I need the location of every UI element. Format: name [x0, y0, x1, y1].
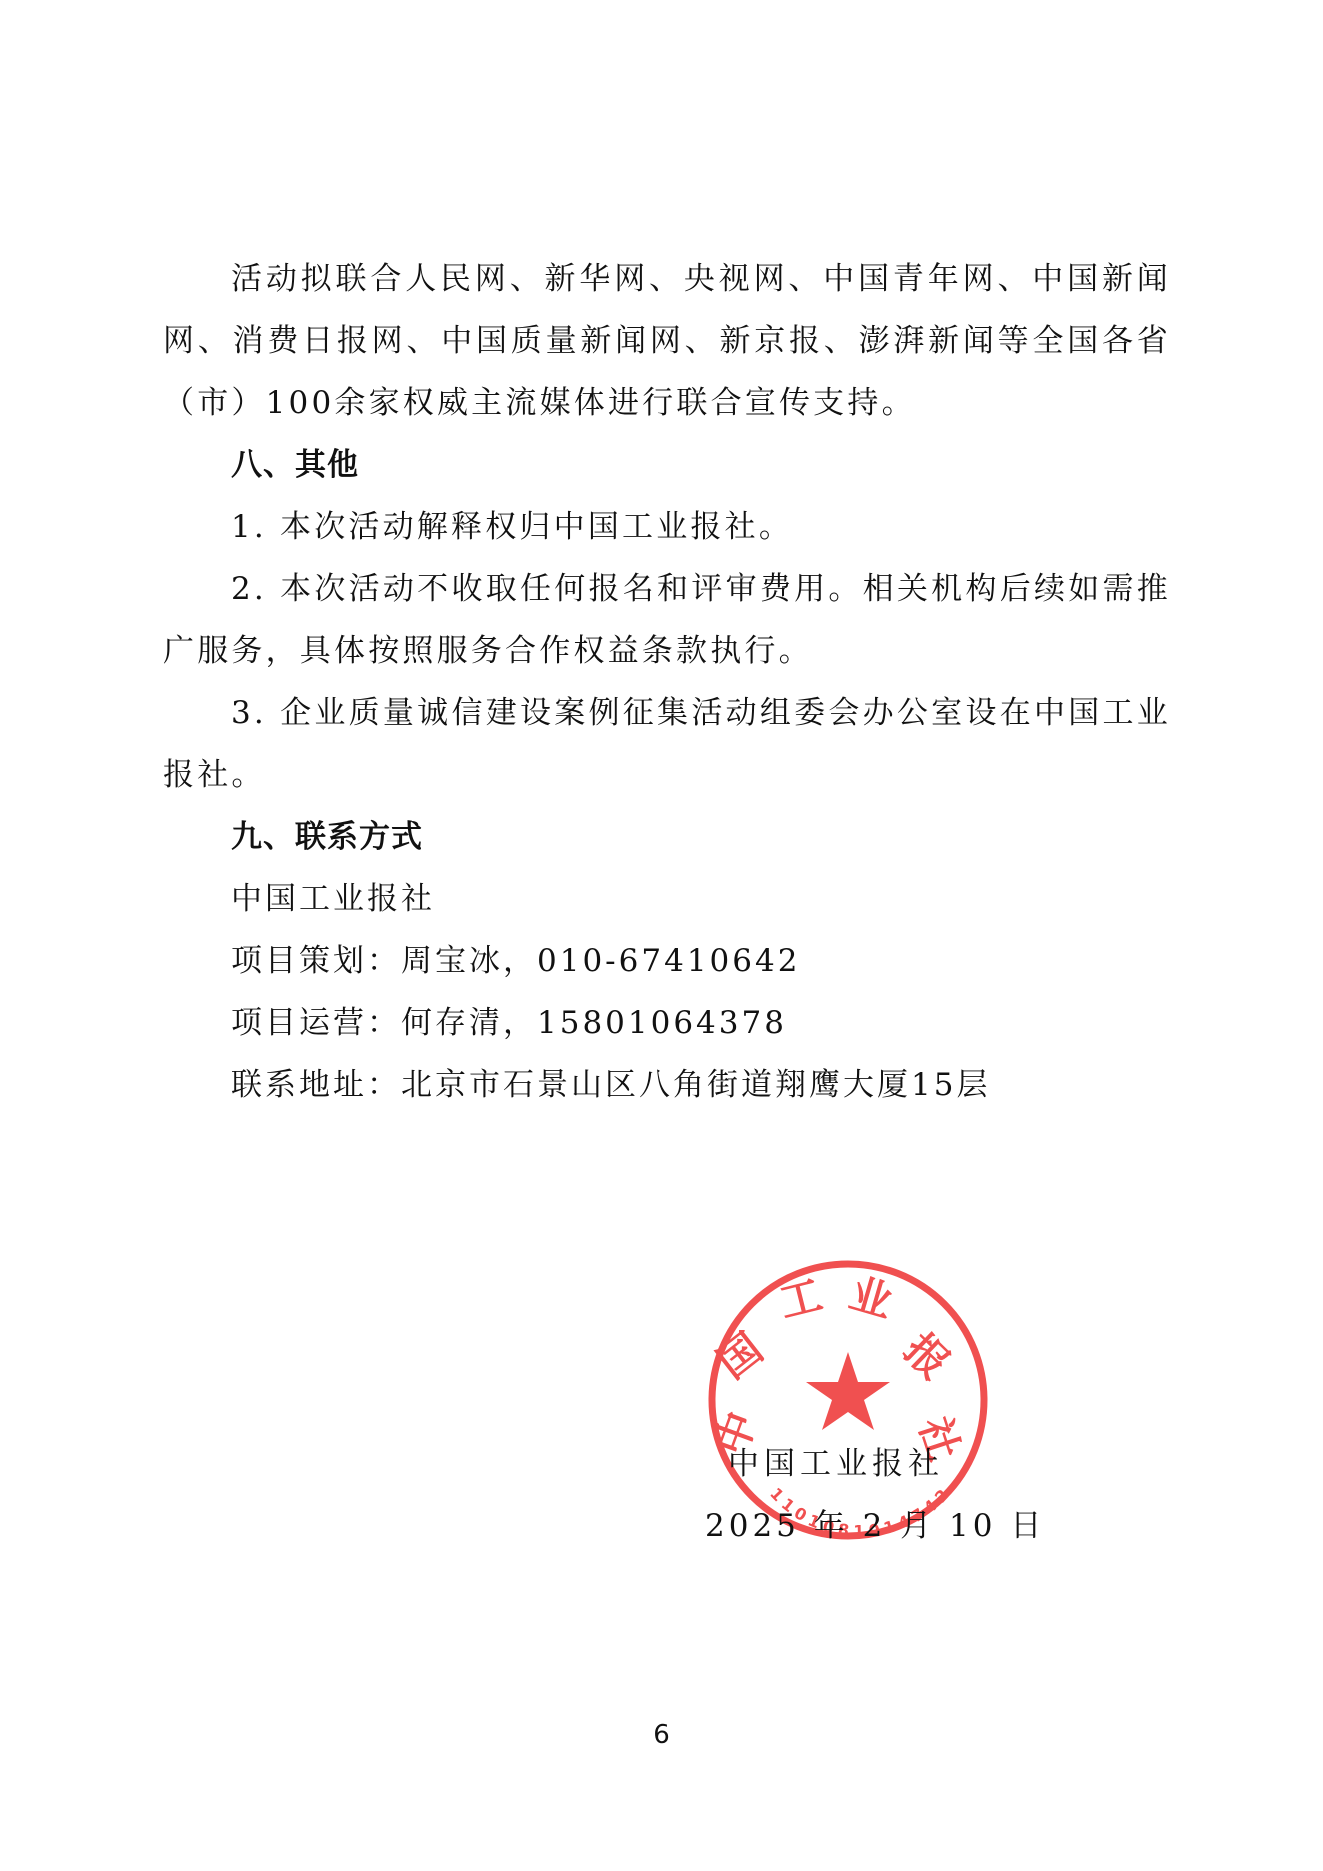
section-8-heading: 八、其他: [163, 434, 1171, 496]
contact-address: 联系地址：北京市石景山区八角街道翔鹰大厦15层: [163, 1054, 1171, 1116]
contact-planning: 项目策划：周宝冰，010-67410642: [163, 930, 1171, 992]
seal-star-icon: [806, 1352, 890, 1430]
signature-date: 2025 年 2 月 10 日: [705, 1500, 1045, 1545]
document-body: 活动拟联合人民网、新华网、央视网、中国青年网、中国新闻网、消费日报网、中国质量新…: [163, 248, 1171, 1116]
contact-planning-value: 周宝冰，010-67410642: [401, 943, 800, 979]
contact-address-value: 北京市石景山区八角街道翔鹰大厦15层: [401, 1067, 990, 1103]
page-number: 6: [0, 1720, 1323, 1750]
contact-organization: 中国工业报社: [163, 868, 1171, 930]
contact-operations-value: 何存清，15801064378: [401, 1005, 787, 1041]
seal-char-5: 报: [895, 1324, 959, 1388]
contact-operations-label: 项目运营：: [231, 1005, 401, 1041]
intro-paragraph: 活动拟联合人民网、新华网、央视网、中国青年网、中国新闻网、消费日报网、中国质量新…: [163, 248, 1171, 434]
contact-operations: 项目运营：何存清，15801064378: [163, 992, 1171, 1054]
seal-char-3: 工: [774, 1270, 827, 1328]
contact-planning-label: 项目策划：: [231, 943, 401, 979]
document-page: 活动拟联合人民网、新华网、央视网、中国青年网、中国新闻网、消费日报网、中国质量新…: [0, 0, 1323, 1871]
section-8-item-3: 3. 企业质量诚信建设案例征集活动组委会办公室设在中国工业报社。: [163, 682, 1171, 806]
seal-char-4: 业: [844, 1268, 898, 1327]
signature-organization: 中国工业报社: [728, 1438, 944, 1483]
section-8-item-2: 2. 本次活动不收取任何报名和评审费用。相关机构后续如需推广服务，具体按照服务合…: [163, 558, 1171, 682]
section-9-heading: 九、联系方式: [163, 806, 1171, 868]
section-8-item-1: 1. 本次活动解释权归中国工业报社。: [163, 496, 1171, 558]
seal-char-2: 国: [708, 1324, 771, 1388]
contact-address-label: 联系地址：: [231, 1067, 401, 1103]
